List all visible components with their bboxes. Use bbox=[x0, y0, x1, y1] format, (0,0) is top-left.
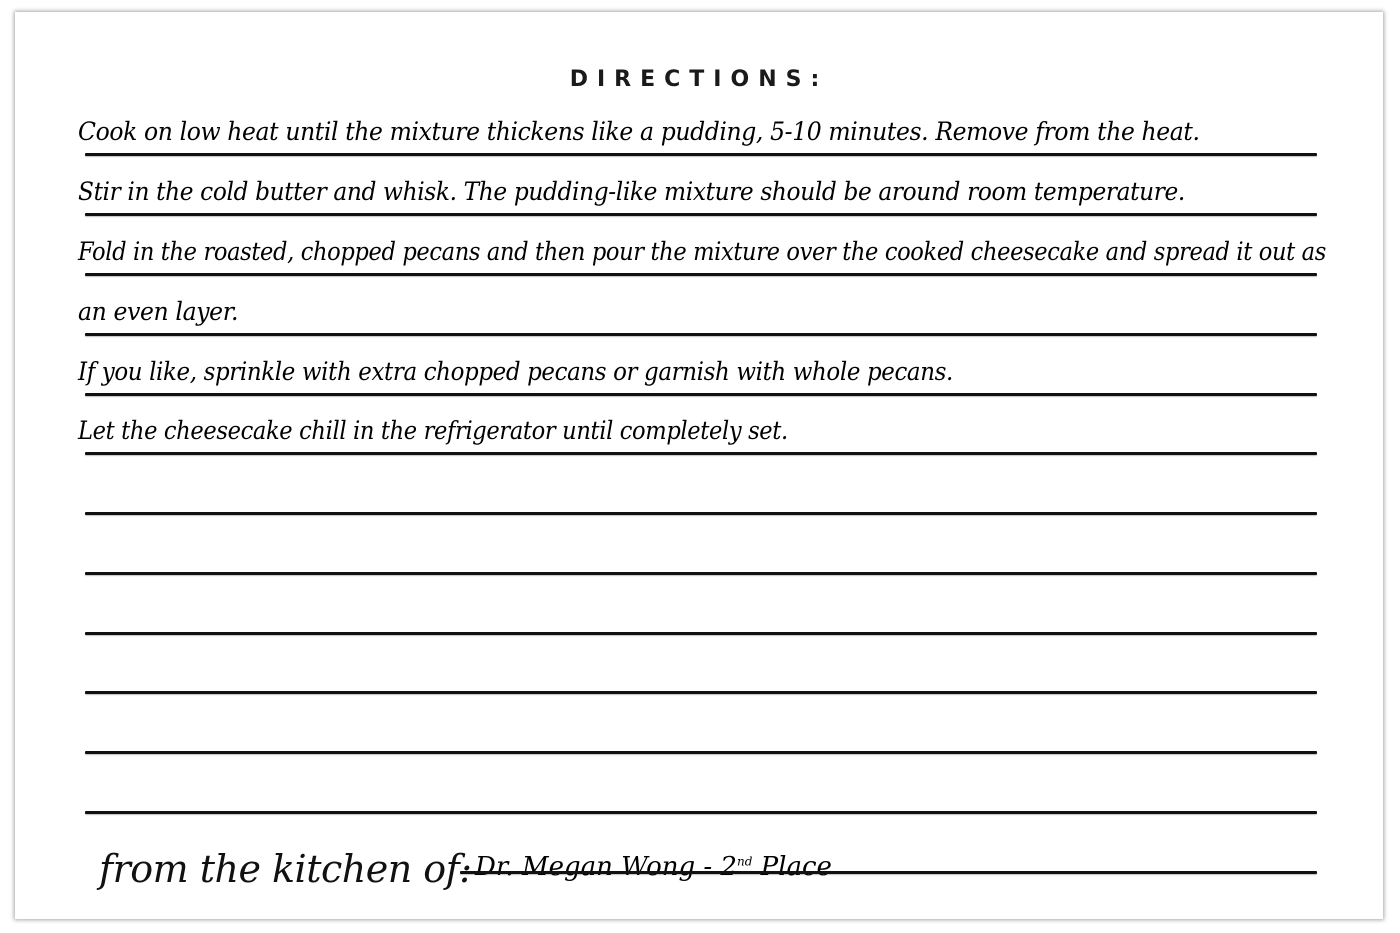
direction-line: If you like, sprinkle with extra chopped… bbox=[78, 357, 953, 386]
directions-heading: DIRECTIONS: bbox=[15, 67, 1383, 92]
place-text: Place bbox=[752, 852, 832, 882]
direction-line: Cook on low heat until the mixture thick… bbox=[78, 117, 1200, 146]
ruled-line bbox=[85, 452, 1317, 455]
ordinal-suffix: nd bbox=[737, 854, 752, 868]
from-kitchen-label: from the kitchen of: bbox=[99, 847, 472, 891]
ruled-line bbox=[85, 632, 1317, 635]
ruled-line bbox=[85, 393, 1317, 396]
ruled-line bbox=[85, 691, 1317, 694]
ruled-line bbox=[85, 512, 1317, 515]
direction-line: Fold in the roasted, chopped pecans and … bbox=[78, 237, 1326, 266]
ruled-line bbox=[85, 333, 1317, 336]
author-name: Dr. Megan Wong - 2nd Place bbox=[475, 852, 832, 882]
ruled-line bbox=[85, 751, 1317, 754]
ruled-line bbox=[85, 811, 1317, 814]
recipe-card: DIRECTIONS: from the kitchen of: Dr. Meg… bbox=[15, 12, 1383, 919]
ruled-line bbox=[85, 572, 1317, 575]
direction-line: an even layer. bbox=[78, 297, 238, 326]
author-name-text: Dr. Megan Wong - 2 bbox=[475, 852, 737, 882]
signature-rule bbox=[460, 871, 1317, 874]
direction-line: Stir in the cold butter and whisk. The p… bbox=[78, 177, 1185, 206]
ruled-line bbox=[85, 273, 1317, 276]
direction-line: Let the cheesecake chill in the refriger… bbox=[78, 416, 788, 445]
ruled-line bbox=[85, 153, 1317, 156]
ruled-line bbox=[85, 213, 1317, 216]
